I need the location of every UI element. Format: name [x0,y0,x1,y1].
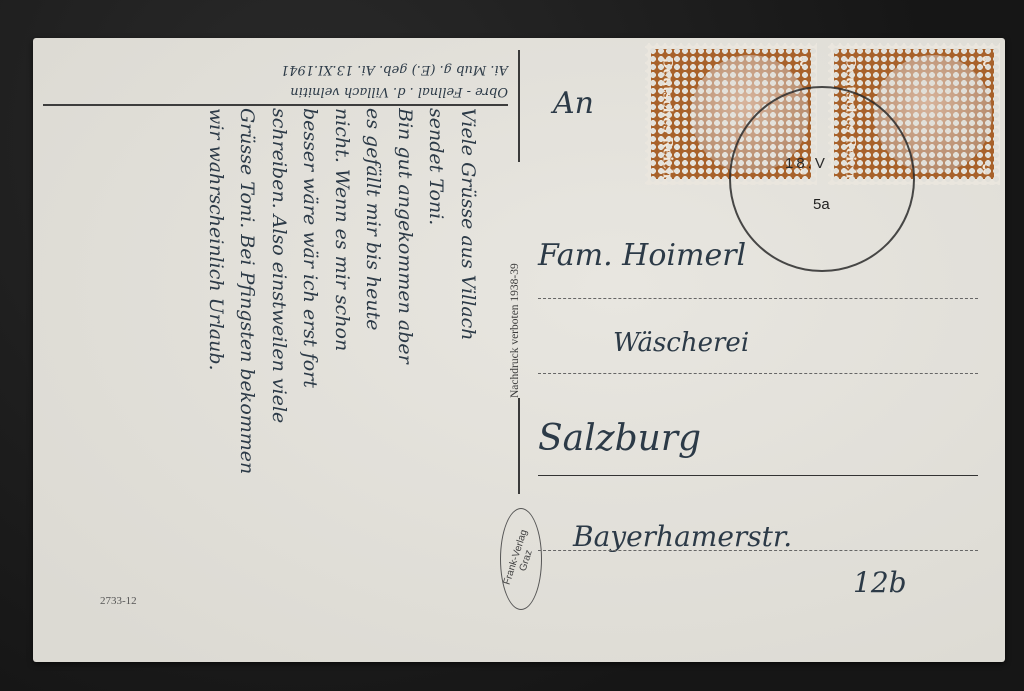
message-line: Viele Grüsse aus Villach [452,108,484,648]
header-rule [43,104,508,106]
address-line-3 [538,475,978,476]
postcard: Obre - Fellnal . d. Villach velnitin Ai.… [33,38,1005,662]
message-line: sendet Toni. [420,108,452,648]
address-recipient: Fam. Hoimerl [538,238,746,273]
stamp-country: Deutsches Reich [660,57,675,178]
message-line: nicht. Wenn es mir schon [326,108,358,648]
center-divider-top [518,50,520,162]
message-area: Viele Grüsse aus Villach sendet Toni. Bi… [43,108,508,648]
article-number: 2733-12 [100,595,137,607]
message-line: wir wahrscheinlich Urlaub. [200,108,232,648]
postmark-code: 5a [813,196,830,213]
message-line: Grüsse Toni. Bei Pfingsten bekommen [231,108,263,648]
reprint-notice: Nachdruck verboten 1938-39 [509,378,521,398]
address-street: Bayerhamerstr. [573,520,792,553]
address-number: 12b [853,566,907,599]
message-line: Bin gut angekommen aber [389,108,421,648]
stamp-value: 3 [982,159,990,177]
postmark-circle [729,86,915,272]
address-line-1 [538,298,978,299]
message-line: besser wäre wär ich erst fort [294,108,326,648]
address-city: Salzburg [538,418,701,459]
postmark-date: 18.V [785,155,828,172]
address-line2: Wäscherei [613,328,749,358]
address-line-4 [538,550,978,551]
address-salutation: An [553,86,594,121]
message-line: schreiben. Also einstweilen viele [263,108,295,648]
publisher-logo: Frank-Verlag Graz [500,508,542,610]
header-line-1: Obre - Fellnal . d. Villach velnitin [43,80,508,102]
stamp-value: 3 [799,51,807,69]
message-header-upside-down: Obre - Fellnal . d. Villach velnitin Ai.… [43,42,514,102]
header-line-2: Ai. Mub g. (E.) geb. Ai. 13.XI.1941 [43,58,508,80]
center-divider-bottom [518,398,520,494]
handwritten-message: Viele Grüsse aus Villach sendet Toni. Bi… [200,108,484,648]
message-line: es gefällt mir bis heute [357,108,389,648]
stamp-value: 3 [982,51,990,69]
address-line-2 [538,373,978,374]
